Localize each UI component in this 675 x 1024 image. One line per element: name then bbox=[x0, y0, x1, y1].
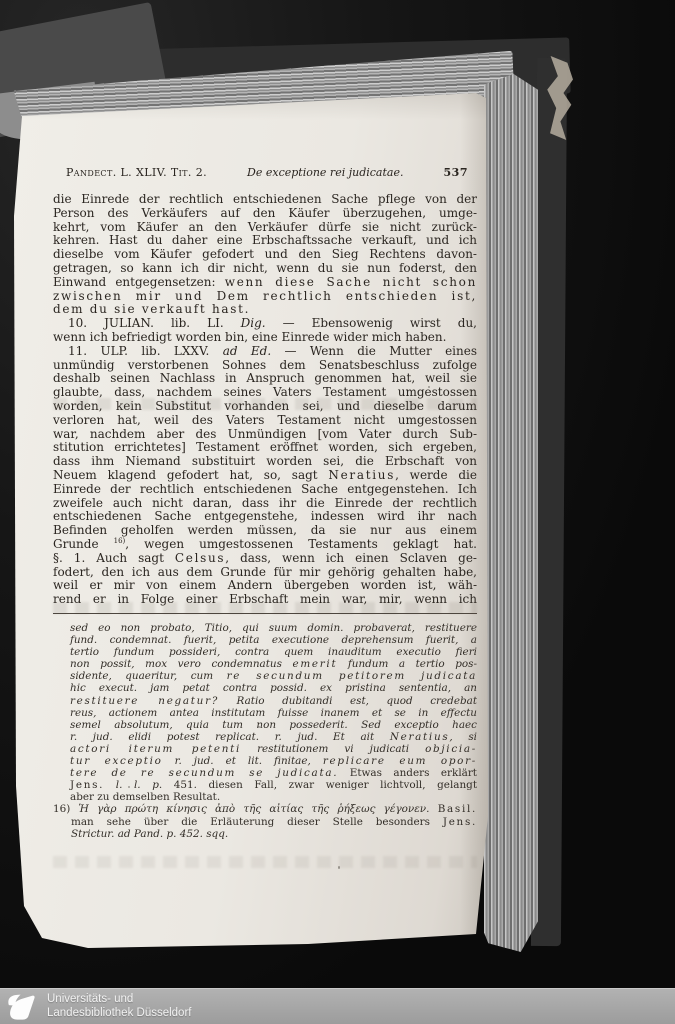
text-line: Einwand entgegensetzen: wenn diese Sache… bbox=[53, 276, 477, 290]
text-line: kehrt, vom Käufer an den Verkäufer dürfe… bbox=[53, 221, 477, 235]
text-line: kehren. Hast du daher eine Erbschaftssac… bbox=[53, 234, 477, 248]
text-line: Strictur. ad Pand. p. 452. sqq. bbox=[53, 828, 477, 840]
text-line: fodert, den ich aus dem Grunde für mir g… bbox=[53, 566, 477, 580]
text-line: Grunde 16), wegen umgestossenen Testamen… bbox=[53, 538, 477, 552]
library-footer: Universitäts- und Landesbibliothek Düsse… bbox=[0, 988, 675, 1024]
text-line: man sehe über die Erläuterung dieser Ste… bbox=[53, 816, 477, 828]
text-line: unmündig verstorbenen Sohnes dem Senatsb… bbox=[53, 359, 477, 373]
library-name-line2: Landesbibliothek Düsseldorf bbox=[47, 1007, 191, 1021]
library-name-line1: Universitäts- und bbox=[47, 993, 191, 1007]
text-line: zweifele auch nicht daran, dass ihr die … bbox=[53, 497, 477, 511]
text-line: tertio fundum possideri, contra quem ina… bbox=[70, 646, 477, 658]
text-line: stitution errichtetes] Testament eröffne… bbox=[53, 441, 477, 455]
print-bleed-through bbox=[53, 856, 477, 868]
text-line: hic execut. jam petat contra possid. ex … bbox=[70, 682, 477, 694]
text-line: entschiedenen Sache entgegenstehe, indes… bbox=[53, 510, 477, 524]
page-number: 537 bbox=[444, 166, 468, 179]
header-chapter-title: De exceptione rei judicatae. bbox=[247, 166, 403, 179]
text-line: getragen, so kann ich dir nicht, wenn du… bbox=[53, 262, 477, 276]
text-line: war, nachdem aber des Unmündigen [vom Va… bbox=[53, 428, 477, 442]
text-line: non possit, mox vero condemnatus emerit … bbox=[70, 658, 477, 670]
text-line: 11. ULP. lib. LXXV. ad Ed. — Wenn die Mu… bbox=[53, 345, 477, 359]
text-line: die Einrede der rechtlich entschiedenen … bbox=[53, 193, 477, 207]
text-line: Person des Verkäufers auf den Käufer übe… bbox=[53, 207, 477, 221]
text-line: 16) Ἡ γὰρ πρώτη κίνησις ἀπὸ τῆς αἰτίας τ… bbox=[53, 803, 477, 815]
header-book-title: Pandect. L. XLIV. Tit. 2. bbox=[66, 166, 207, 179]
text-line: dem du sie verkauft hast. bbox=[53, 303, 477, 317]
text-line: weil er mir von einem Andern übergeben w… bbox=[53, 579, 477, 593]
text-line: r. jud. elidi potest replicat. r. jud. E… bbox=[70, 731, 477, 743]
library-name: Universitäts- und Landesbibliothek Düsse… bbox=[47, 993, 191, 1020]
text-line: zwischen mir und Dem rechtlich entschied… bbox=[53, 290, 477, 304]
text-line: Neuem klagend gefodert hat, so, sagt Ner… bbox=[53, 469, 477, 483]
text-line: 10. JULIAN. lib. LI. Dig. — Ebensowenig … bbox=[53, 317, 477, 331]
text-line: tur exceptio r. jud. et lit. finitae, re… bbox=[70, 755, 477, 767]
text-line: tere de re secundum se judicata. Etwas a… bbox=[70, 767, 477, 779]
page-stack-right-edge bbox=[484, 74, 538, 952]
footnote-column: sed eo non probato, Titio, qui suum domi… bbox=[53, 622, 477, 840]
text-line: §. 1. Auch sagt Celsus, dass, wenn ich e… bbox=[53, 552, 477, 566]
running-header: Pandect. L. XLIV. Tit. 2. De exceptione … bbox=[66, 166, 468, 179]
print-bleed-through bbox=[53, 398, 477, 410]
book-page: Pandect. L. XLIV. Tit. 2. De exceptione … bbox=[8, 86, 490, 952]
text-line: verloren hat, weil des Vaters Testament … bbox=[53, 414, 477, 428]
text-line: sidente, quaeritur, cum re secundum peti… bbox=[70, 670, 477, 682]
text-line: wenn ich befriedigt worden bin, eine Ein… bbox=[53, 331, 477, 345]
text-line: reus, actionem antea institutam fuisse i… bbox=[70, 707, 477, 719]
text-line: sed eo non probato, Titio, qui suum domi… bbox=[70, 622, 477, 634]
text-line: Einrede der rechtlich entschiedenen Sach… bbox=[53, 483, 477, 497]
text-line: dass ihm Niemand substituirt worden sei,… bbox=[53, 455, 477, 469]
ulb-duesseldorf-logo-icon bbox=[5, 993, 37, 1021]
text-line: semel absolutum, quia tum non possederit… bbox=[70, 719, 477, 731]
text-line: deshalb seinen Nachlass in Anspruch geno… bbox=[53, 372, 477, 386]
text-line: aber zu demselben Resultat. bbox=[70, 791, 477, 803]
text-line: Jens. l. l. p. 451. diesen Fall, zwar we… bbox=[70, 779, 477, 791]
text-line: fund. condemnat. fuerit, petita executio… bbox=[70, 634, 477, 646]
text-line: restituere negatur? Ratio dubitandi est,… bbox=[70, 695, 477, 707]
text-line: dieselbe vom Käufer gefodert und den Sie… bbox=[53, 248, 477, 262]
text-line: Befinden geholfen werden müssen, da sie … bbox=[53, 524, 477, 538]
text-line: actori iterum petenti restitutionem vi j… bbox=[70, 743, 477, 755]
scanned-book-photo: Pandect. L. XLIV. Tit. 2. De exceptione … bbox=[0, 0, 675, 1024]
footnote-separator-rule bbox=[53, 613, 477, 614]
